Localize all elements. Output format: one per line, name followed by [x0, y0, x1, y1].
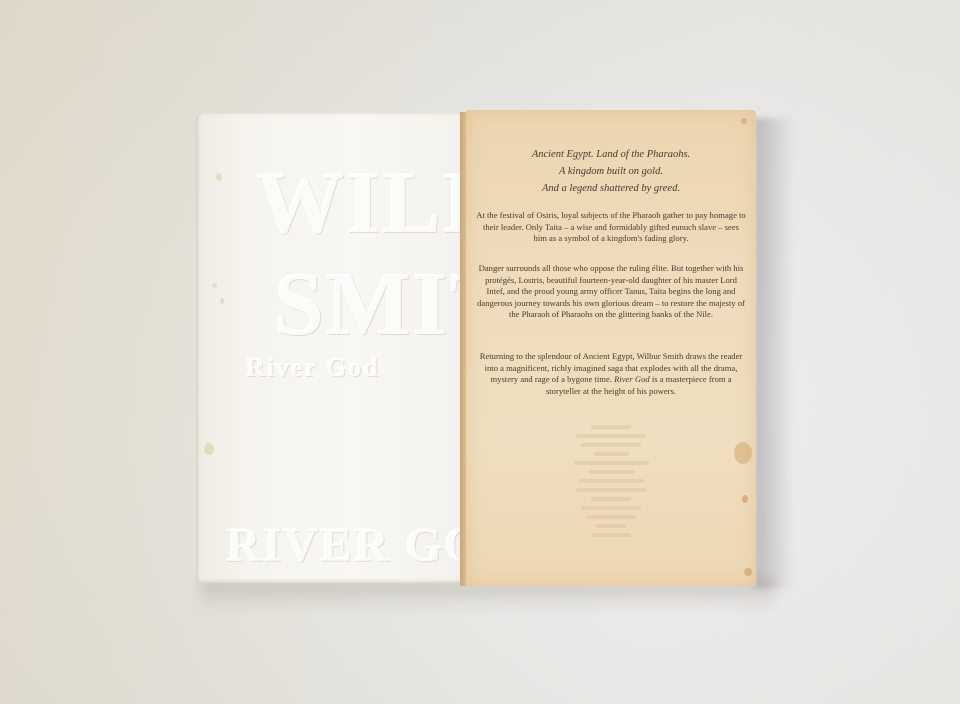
age-stain: [204, 443, 214, 455]
age-stain: [741, 118, 747, 124]
book-edge-shadow: [754, 118, 794, 588]
blurb-paragraph-1: At the festival of Osiris, loyal subject…: [466, 210, 756, 245]
age-stain: [212, 283, 217, 288]
age-stain: [742, 495, 748, 503]
book-title-italic: River God: [614, 374, 650, 384]
embossed-author-first: WILBUR: [256, 153, 462, 254]
embossed-title-bottom: RIVER GOD: [226, 518, 462, 573]
embossed-title: River God: [246, 353, 380, 383]
age-stain: [216, 173, 222, 181]
tagline-line: And a legend shattered by greed.: [466, 180, 756, 197]
age-stain: [744, 568, 752, 576]
age-stain: [220, 298, 224, 304]
inside-front-cover: WILBUR SMITH River God RIVER GOD: [196, 113, 462, 583]
show-through-text: [466, 420, 756, 537]
tagline-line: A kingdom built on gold.: [466, 163, 756, 180]
embossed-author-last: SMITH: [274, 253, 462, 356]
blurb-paragraph-3: Returning to the splendour of Ancient Eg…: [466, 351, 756, 397]
blurb-paragraph-2: Danger surrounds all those who oppose th…: [466, 263, 756, 321]
back-cover-blurb-page: Ancient Egypt. Land of the Pharaohs. A k…: [466, 110, 756, 586]
tagline-line: Ancient Egypt. Land of the Pharaohs.: [466, 146, 756, 163]
age-stain: [734, 442, 752, 464]
blurb-tagline: Ancient Egypt. Land of the Pharaohs. A k…: [466, 146, 756, 197]
